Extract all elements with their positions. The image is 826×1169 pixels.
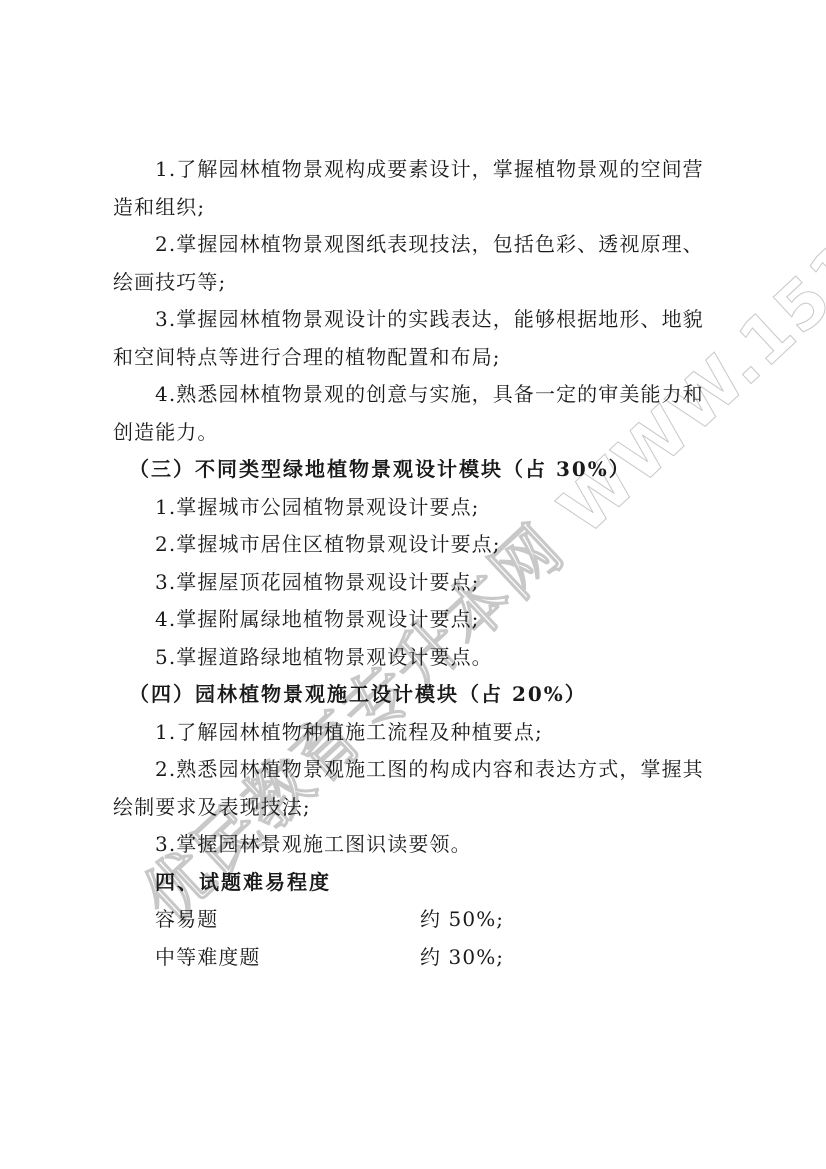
difficulty-label: 容易题 (155, 901, 420, 939)
list-item: 4.掌握附属绿地植物景观设计要点; (113, 601, 727, 639)
paragraph-line: 和空间特点等进行合理的植物配置和布局; (113, 339, 727, 377)
paragraph-line: 绘画技巧等; (113, 264, 727, 302)
difficulty-value: 约 50%; (420, 901, 504, 939)
list-item: 1.掌握城市公园植物景观设计要点; (113, 489, 727, 527)
paragraph-line: 1.了解园林植物景观构成要素设计，掌握植物景观的空间营 (113, 151, 727, 189)
difficulty-row: 中等难度题 约 30%; (113, 939, 727, 977)
document-page: 优民教育专升本网 WWW.15148.COM 1.了解园林植物景观构成要素设计，… (0, 0, 826, 1169)
section-4-title: 四、试题难易程度 (113, 864, 727, 902)
difficulty-row: 容易题 约 50%; (113, 901, 727, 939)
difficulty-value: 约 30%; (420, 939, 504, 977)
module-4-heading: （四）园林植物景观施工设计模块（占 20%） (113, 676, 727, 714)
list-item: 5.掌握道路绿地植物景观设计要点。 (113, 639, 727, 677)
module-3-heading: （三）不同类型绿地植物景观设计模块（占 30%） (113, 451, 727, 489)
paragraph-line: 4.熟悉园林植物景观的创意与实施，具备一定的审美能力和 (113, 376, 727, 414)
list-item: 3.掌握屋顶花园植物景观设计要点; (113, 564, 727, 602)
difficulty-label: 中等难度题 (155, 939, 420, 977)
list-item-continuation: 绘制要求及表现技法; (113, 789, 727, 827)
list-item: 3.掌握园林景观施工图识读要领。 (113, 826, 727, 864)
paragraph-line: 3.掌握园林植物景观设计的实践表达，能够根据地形、地貌 (113, 301, 727, 339)
paragraph-line: 创造能力。 (113, 414, 727, 452)
paragraph-line: 造和组织; (113, 189, 727, 227)
list-item: 2.熟悉园林植物景观施工图的构成内容和表达方式，掌握其 (113, 751, 727, 789)
list-item: 1.了解园林植物种植施工流程及种植要点; (113, 714, 727, 752)
document-body: 1.了解园林植物景观构成要素设计，掌握植物景观的空间营 造和组织; 2.掌握园林… (113, 151, 727, 976)
paragraph-line: 2.掌握园林植物景观图纸表现技法，包括色彩、透视原理、 (113, 226, 727, 264)
list-item: 2.掌握城市居住区植物景观设计要点; (113, 526, 727, 564)
